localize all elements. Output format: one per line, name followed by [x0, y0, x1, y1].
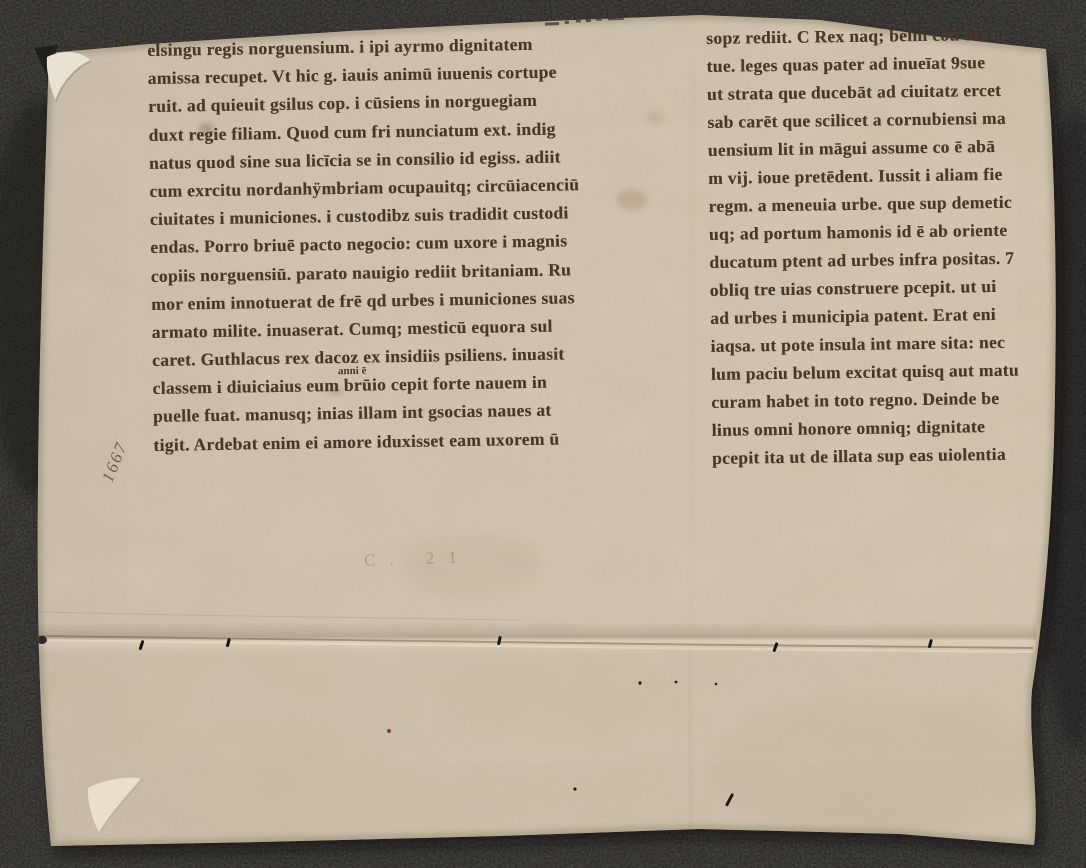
- manuscript-photo: elsingu regis norguensium. i ipi ayrmo d…: [0, 0, 1086, 868]
- manuscript-text-line: lum paciu belum excitat quisq aut matu: [711, 355, 1061, 388]
- manuscript-text-line: pcepit ita ut de illata sup eas uiolenti…: [712, 439, 1062, 472]
- manuscript-text-line: ducatum ptent ad urbes infra positas. 7: [709, 243, 1059, 276]
- interlinear-correction: anni ē: [338, 365, 367, 377]
- pencil-inventory-mark: C. 21: [364, 547, 471, 571]
- manuscript-text-line: sab carēt que scilicet a cornubiensi ma: [707, 103, 1057, 136]
- manuscript-right-column: sopz rediit. C Rex naq; belni cōū britue…: [706, 19, 1062, 472]
- manuscript-left-column: elsingu regis norguensium. i ipi ayrmo d…: [147, 27, 699, 458]
